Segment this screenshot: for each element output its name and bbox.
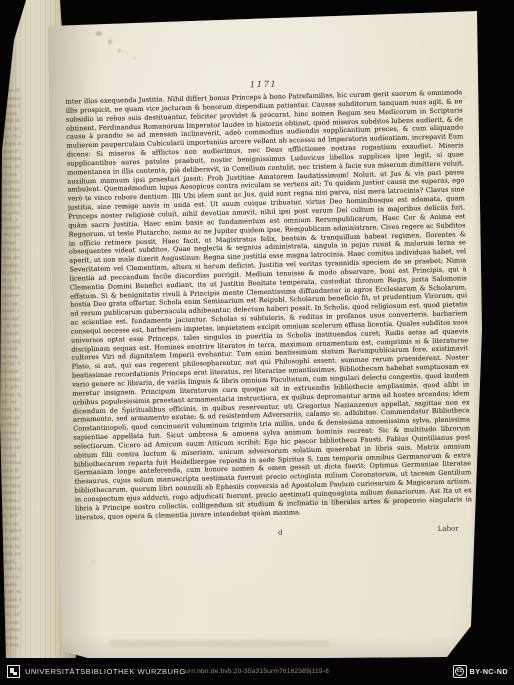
foxing-spot [118,49,121,52]
foxing-spot [90,560,95,564]
scanned-book-viewer: inter illos exequenda Justitia. Nihil di… [0,0,514,685]
stain-smudge [110,640,330,647]
license-badge: cc BY-NC-ND [453,665,508,678]
foxing-spot [108,40,112,44]
urn-identifier: urn:nbn:de:bvb:20-35a315urm76162389j119-… [185,668,329,675]
catchword: Labor [438,525,459,533]
signature-row: d Labor [76,524,473,543]
bleedthrough-text: inter illos exequenda Justitia. Nihil di… [1,88,21,648]
foxing-spot [463,96,466,99]
library-logo-icon [7,665,20,678]
foxing-spot [96,31,102,36]
right-edge-shadow [468,0,489,685]
library-brand: UNIVERSITÄTSBIBLIOTHEK WÜRZBURG [7,665,186,678]
creative-commons-icon: cc [453,665,467,678]
foxing-spot [133,57,136,59]
body-text: inter illos exequenda Justitia. Nihil di… [65,88,472,525]
printed-text-area: 1171 inter illos exequenda Justitia. Nih… [65,75,473,543]
signature-mark: d [278,529,283,537]
scanned-page: 1171 inter illos exequenda Justitia. Nih… [0,0,514,685]
license-label: BY-NC-ND [470,667,508,676]
library-name: UNIVERSITÄTSBIBLIOTHEK WÜRZBURG [25,667,186,676]
footer-bar: UNIVERSITÄTSBIBLIOTHEK WÜRZBURG urn:nbn:… [0,658,514,685]
